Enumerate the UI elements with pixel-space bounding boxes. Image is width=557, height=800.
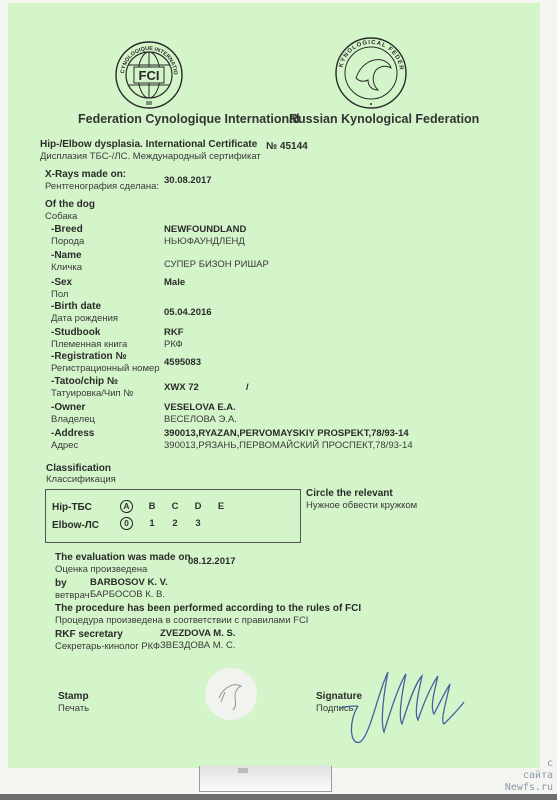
field-label-ru: Адрес	[51, 440, 78, 451]
field-value-ru: РКФ	[164, 339, 183, 350]
vet-label-ru: ветврач	[55, 590, 90, 601]
site-watermark: с сайта Newfs.ru	[505, 758, 553, 794]
field-label-ru: Кличка	[51, 262, 82, 273]
grade-selected: 0	[120, 517, 133, 530]
field-value-en: Male	[164, 277, 185, 288]
stamp-label-en: Stamp	[58, 691, 89, 702]
certificate-number: № 45144	[266, 141, 308, 152]
clip-mark	[238, 768, 248, 773]
fci-org-name: Federation Cynologique International	[78, 112, 300, 126]
certificate-title-ru: Дисплазия ТБС-/ЛС. Международный сертифи…	[40, 151, 261, 162]
secretary-name-ru: ЗВЕЗДОВА М. С.	[160, 640, 235, 651]
evaluation-label-ru: Оценка произведена	[55, 564, 147, 575]
grade-option: E	[214, 501, 228, 512]
field-value-ru: СУПЕР БИЗОН РИШАР	[164, 259, 269, 270]
grade-option: 2	[168, 518, 182, 529]
dog-section-ru: Собака	[45, 211, 77, 222]
svg-text:KYNOLOGICAL FEDERATION: KYNOLOGICAL FEDERATION	[334, 36, 404, 71]
dog-section-en: Of the dog	[45, 199, 95, 210]
field-value-ru: 390013,РЯЗАНЬ,ПЕРВОМАЙСКИЙ ПРОСПЕКТ,78/9…	[164, 440, 413, 451]
field-label-ru: Порода	[51, 236, 84, 247]
field-value-en: RKF	[164, 327, 184, 338]
field-label-en: -Name	[51, 250, 82, 261]
field-label-ru: Племенная книга	[51, 339, 127, 350]
svg-text:FCI: FCI	[139, 68, 160, 83]
field-label-en: -Tatoo/chip №	[51, 376, 118, 387]
field-value-en: NEWFOUNDLAND	[164, 224, 246, 235]
secretary-name-en: ZVEZDOVA M. S.	[160, 628, 235, 639]
classification-box	[45, 489, 301, 543]
secretary-label-ru: Секретарь-кинолог РКФ	[55, 641, 160, 652]
grade-option: 1	[145, 518, 159, 529]
field-value-extra: /	[246, 382, 249, 393]
classification-label-ru: Классификация	[46, 474, 116, 485]
field-label-en: -Birth date	[51, 301, 101, 312]
field-value-en: 4595083	[164, 357, 201, 368]
watermark-line2: сайта	[505, 770, 553, 782]
field-value-ru: ВЕСЕЛОВА Э.А.	[164, 414, 237, 425]
xray-label-ru: Рентгенография сделана:	[45, 181, 159, 192]
field-label-ru: Дата рождения	[51, 313, 118, 324]
field-label-en: -Breed	[51, 224, 83, 235]
field-label-en: -Address	[51, 428, 94, 439]
field-label-ru: Владелец	[51, 414, 95, 425]
elbow-label: Elbow-ЛС	[52, 520, 99, 531]
watermark-line3: Newfs.ru	[505, 782, 553, 794]
field-label-ru: Татуировка/Чип №	[51, 388, 133, 399]
vet-name-ru: БАРБОСОВ К. В.	[90, 589, 165, 600]
stamp-label-ru: Печать	[58, 703, 89, 714]
watermark-line1: с	[505, 758, 553, 770]
hip-label: Hip-ТБС	[52, 502, 92, 513]
field-value-en: 05.04.2016	[164, 307, 212, 318]
secretary-label-en: RKF secretary	[55, 629, 123, 640]
signature-scribble-icon	[340, 662, 480, 752]
xray-label-en: X-Rays made on:	[45, 169, 126, 180]
grade-option: B	[145, 501, 159, 512]
field-value-en: 390013,RYAZAN,PERVOMAYSKIY PROSPEKT,78/9…	[164, 428, 409, 439]
circle-note-ru: Нужное обвести кружком	[306, 500, 417, 511]
procedure-en: The procedure has been performed accordi…	[55, 603, 361, 614]
scan-clip	[199, 766, 332, 792]
grade-option: C	[168, 501, 182, 512]
field-label-en: -Studbook	[51, 327, 100, 338]
field-label-ru: Пол	[51, 289, 68, 300]
evaluation-label-en: The evaluation was made on	[55, 552, 191, 563]
rkf-org-name: Russian Kynological Federation	[289, 112, 479, 126]
field-value-en: VESELOVA E.A.	[164, 402, 236, 413]
vet-label-en: by	[55, 578, 67, 589]
field-label-en: -Owner	[51, 402, 85, 413]
evaluation-date: 08.12.2017	[188, 556, 236, 567]
procedure-ru: Процедура произведена в соответствии с п…	[55, 615, 308, 626]
field-label-en: -Registration №	[51, 351, 127, 362]
grade-option: D	[191, 501, 205, 512]
field-value-ru: НЬЮФАУНДЛЕНД	[164, 236, 245, 247]
vet-name-en: BARBOSOV K. V.	[90, 577, 168, 588]
field-value-en: XWX 72	[164, 382, 199, 393]
stamp-seal	[205, 668, 257, 720]
scan-edge	[0, 794, 557, 800]
field-label-en: -Sex	[51, 277, 72, 288]
rkf-logo-icon: KYNOLOGICAL FEDERATION	[334, 36, 408, 110]
classification-label-en: Classification	[46, 463, 111, 474]
grade-selected: A	[120, 500, 133, 513]
fci-logo-icon: FCI CYNOLOGIQUE INTERNATIONALE	[114, 40, 184, 110]
circle-note-en: Circle the relevant	[306, 488, 393, 499]
field-label-ru: Регистрационный номер	[51, 363, 160, 374]
certificate-title-en: Hip-/Elbow dysplasia. International Cert…	[40, 139, 257, 150]
stamp-dog-icon	[205, 668, 257, 720]
xray-date: 30.08.2017	[164, 175, 212, 186]
grade-option: 3	[191, 518, 205, 529]
